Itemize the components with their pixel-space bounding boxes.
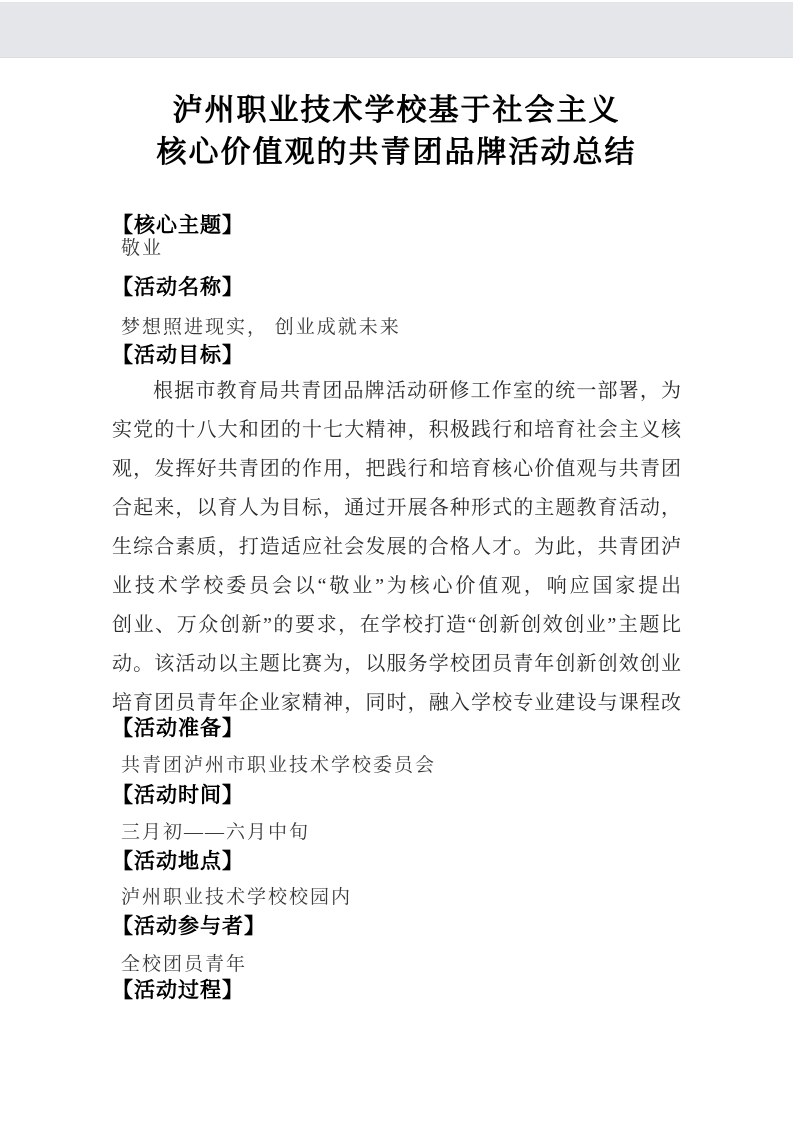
section-value-core-theme: 敬业 [121,237,163,261]
paragraph-line: 动。该活动以主题比赛为，以服务学校团员青年创新创效创业需求， [112,645,682,684]
document-title-line2: 核心价值观的共青团品牌活动总结 [0,133,793,173]
activity-goal-paragraph: 根据市教育局共青团品牌活动研修工作室的统一部署，为贯彻落 实党的十八大和团的十七… [112,372,682,723]
section-value-activity-participants: 全校团员青年 [121,953,247,977]
viewer-top-bar [0,2,793,58]
section-heading-activity-goal: 【活动目标】 [112,343,244,369]
section-heading-core-theme: 【核心主题】 [112,213,244,239]
section-value-activity-time: 三月初——六月中旬 [121,821,310,845]
paragraph-line: 合起来，以育人为目标，通过开展各种形式的主题教育活动，提高学 [112,489,682,528]
section-value-activity-preparation: 共青团泸州市职业技术学校委员会 [121,754,436,778]
section-heading-activity-name: 【活动名称】 [112,275,244,301]
section-value-activity-name: 梦想照进现实， 创业成就未来 [121,316,401,340]
paragraph-line: 生综合素质，打造适应社会发展的合格人才。为此，共青团泸州市职 [112,528,682,567]
section-heading-activity-preparation: 【活动准备】 [112,716,244,742]
paragraph-line: 业技术学校委员会以“敬业”为核心价值观，响应国家提出的“大众 [112,567,682,606]
document-page: 泸州职业技术学校基于社会主义 核心价值观的共青团品牌活动总结 【核心主题】 敬业… [0,0,793,1122]
section-heading-activity-process: 【活动过程】 [112,978,244,1004]
section-value-activity-location: 泸州职业技术学校校园内 [121,886,352,910]
section-heading-activity-time: 【活动时间】 [112,783,244,809]
section-heading-activity-participants: 【活动参与者】 [112,914,266,940]
paragraph-line: 实党的十八大和团的十七大精神，积极践行和培育社会主义核心价值 [112,411,682,450]
paragraph-line: 创业、万众创新”的要求，在学校打造“创新创效创业”主题比赛活 [112,606,682,645]
document-title-line1: 泸州职业技术学校基于社会主义 [0,91,793,131]
paragraph-line: 根据市教育局共青团品牌活动研修工作室的统一部署，为贯彻落 [112,372,682,411]
paragraph-line: 观，发挥好共青团的作用，把践行和培育核心价值观与共青团组织结 [112,450,682,489]
section-heading-activity-location: 【活动地点】 [112,849,244,875]
